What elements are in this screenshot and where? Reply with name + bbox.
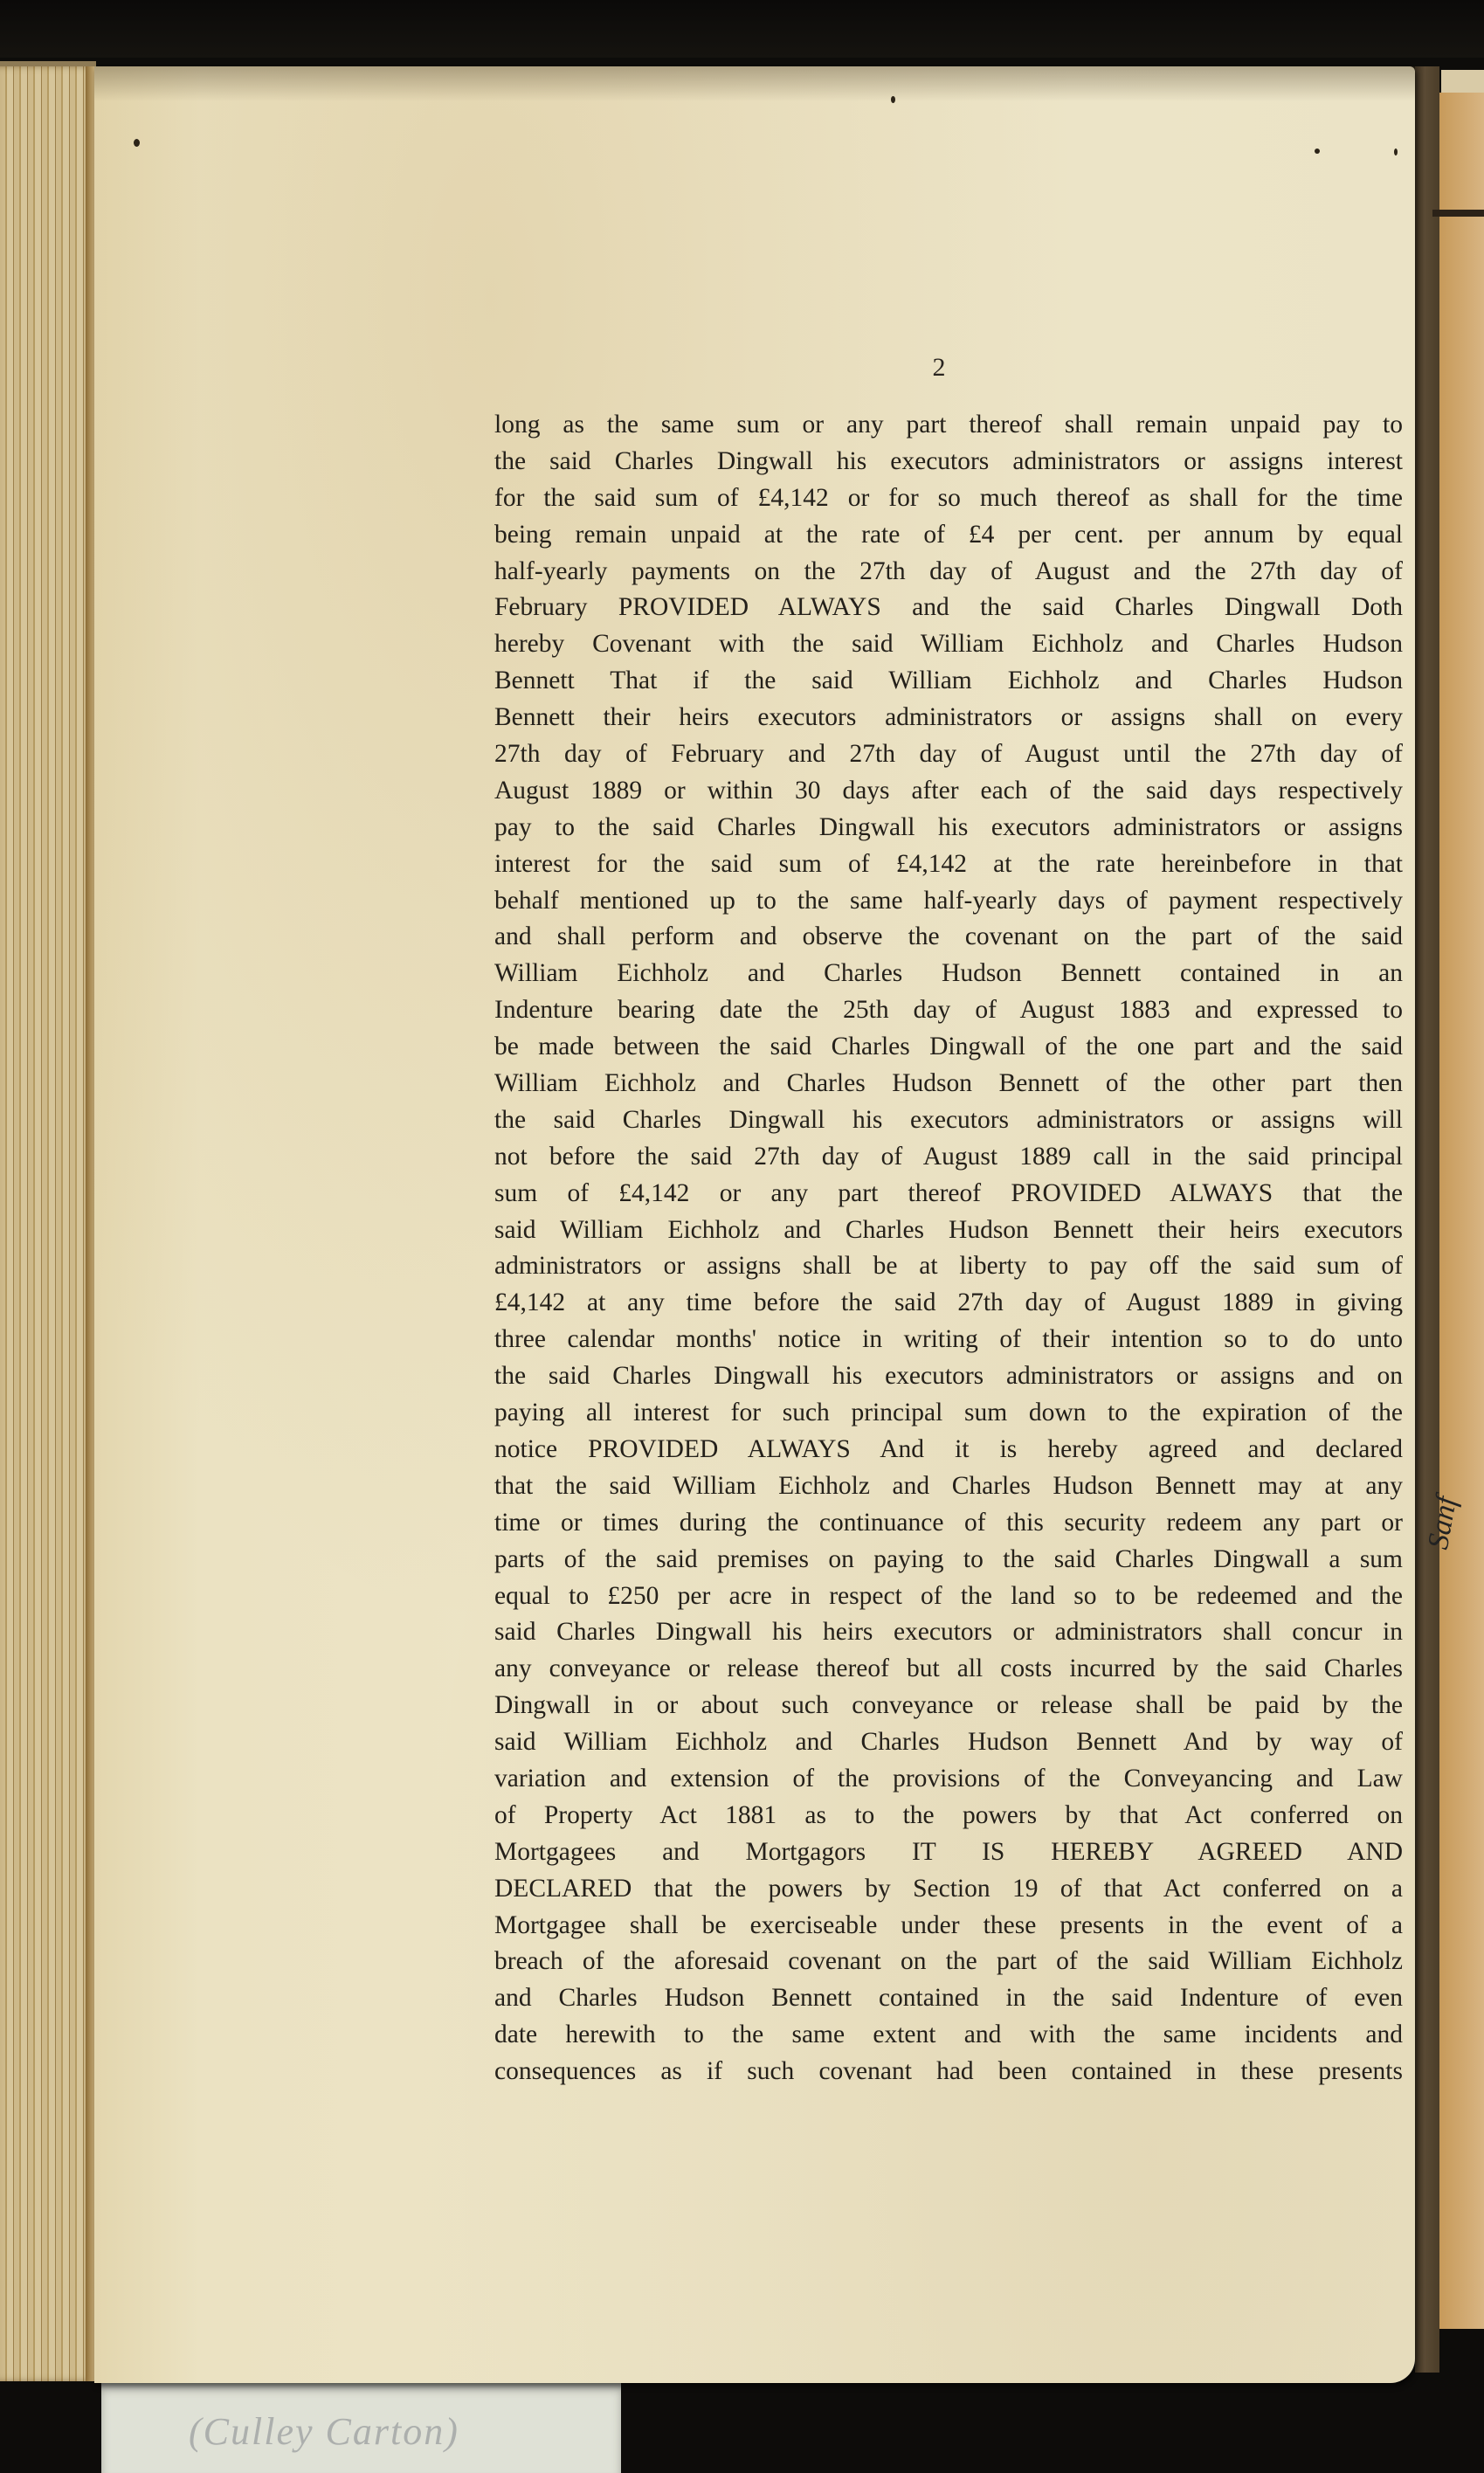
text-line: pay to the said Charles Dingwall his exe… — [494, 810, 1403, 846]
text-line: August 1889 or within 30 days after each… — [494, 773, 1403, 810]
text-line: Indenture bearing date the 25th day of A… — [494, 992, 1403, 1029]
text-line: William Eichholz and Charles Hudson Benn… — [494, 1066, 1403, 1102]
text-line: time or times during the continuance of … — [494, 1505, 1403, 1542]
text-line: consequences as if such covenant had bee… — [494, 2054, 1403, 2090]
text-line: equal to £250 per acre in respect of the… — [494, 1578, 1403, 1615]
right-gutter — [1415, 66, 1439, 2373]
text-line: £4,142 at any time before the said 27th … — [494, 1285, 1403, 1322]
text-line: and shall perform and observe the covena… — [494, 919, 1403, 956]
text-line: three calendar months' notice in writing… — [494, 1322, 1403, 1358]
text-line: breach of the aforesaid covenant on the … — [494, 1944, 1403, 1980]
text-line: notice PROVIDED ALWAYS And it is hereby … — [494, 1432, 1403, 1468]
text-line: interest for the said sum of £4,142 at t… — [494, 846, 1403, 883]
right-page-edge — [1439, 93, 1484, 2329]
text-line: variation and extension of the provision… — [494, 1761, 1403, 1798]
text-line: Bennett their heirs executors administra… — [494, 700, 1403, 736]
text-line: date herewith to the same extent and wit… — [494, 2017, 1403, 2054]
text-line: and Charles Hudson Bennett contained in … — [494, 1980, 1403, 2017]
text-line: being remain unpaid at the rate of £4 pe… — [494, 517, 1403, 554]
text-line: Mortgagees and Mortgagors IT IS HEREBY A… — [494, 1834, 1403, 1871]
bottom-paper-slip: (Culley Carton) — [101, 2383, 621, 2473]
page-top-stain — [94, 66, 1415, 101]
text-line: William Eichholz and Charles Hudson Benn… — [494, 956, 1403, 992]
text-line: half-yearly payments on the 27th day of … — [494, 554, 1403, 591]
scanned-book-spread: Sanf (Culley Carton) 2 long as the same … — [0, 0, 1484, 2473]
text-line: said William Eichholz and Charles Hudson… — [494, 1724, 1403, 1761]
ink-spot — [1315, 149, 1320, 154]
text-line: the said Charles Dingwall his executors … — [494, 444, 1403, 480]
text-line: not before the said 27th day of August 1… — [494, 1139, 1403, 1176]
binding-shadow — [86, 66, 94, 2381]
text-line: any conveyance or release thereof but al… — [494, 1651, 1403, 1688]
text-line: the said Charles Dingwall his executors … — [494, 1102, 1403, 1139]
dark-background-top — [0, 0, 1484, 58]
text-line: paying all interest for such principal s… — [494, 1395, 1403, 1432]
text-line: February PROVIDED ALWAYS and the said Ch… — [494, 590, 1403, 626]
text-line: for the said sum of £4,142 or for so muc… — [494, 480, 1403, 517]
page-number: 2 — [926, 353, 952, 383]
text-line: be made between the said Charles Dingwal… — [494, 1029, 1403, 1066]
text-line: Dingwall in or about such conveyance or … — [494, 1688, 1403, 1724]
text-line: 27th day of February and 27th day of Aug… — [494, 736, 1403, 773]
ink-spot — [134, 139, 140, 147]
text-line: behalf mentioned up to the same half-yea… — [494, 883, 1403, 920]
page-stack-edges — [0, 61, 96, 2381]
text-line: the said Charles Dingwall his executors … — [494, 1358, 1403, 1395]
text-line: that the said William Eichholz and Charl… — [494, 1468, 1403, 1505]
right-page-strap — [1432, 210, 1484, 217]
text-line: parts of the said premises on paying to … — [494, 1542, 1403, 1578]
right-page-top — [1441, 70, 1484, 93]
text-line: of Property Act 1881 as to the powers by… — [494, 1798, 1403, 1834]
text-line: said Charles Dingwall his heirs executor… — [494, 1614, 1403, 1651]
text-line: administrators or assigns shall be at li… — [494, 1248, 1403, 1285]
text-line: Mortgagee shall be exerciseable under th… — [494, 1908, 1403, 1945]
text-line: hereby Covenant with the said William Ei… — [494, 626, 1403, 663]
text-line: sum of £4,142 or any part thereof PROVID… — [494, 1176, 1403, 1212]
text-line: Bennett That if the said William Eichhol… — [494, 663, 1403, 700]
ink-spot — [891, 96, 895, 103]
text-line: DECLARED that the powers by Section 19 o… — [494, 1871, 1403, 1908]
text-line: long as the same sum or any part thereof… — [494, 407, 1403, 444]
ink-spot — [1394, 149, 1398, 155]
document-body: long as the same sum or any part thereof… — [494, 407, 1403, 2090]
text-line: said William Eichholz and Charles Hudson… — [494, 1212, 1403, 1249]
slip-pencil-note: (Culley Carton) — [189, 2409, 459, 2454]
